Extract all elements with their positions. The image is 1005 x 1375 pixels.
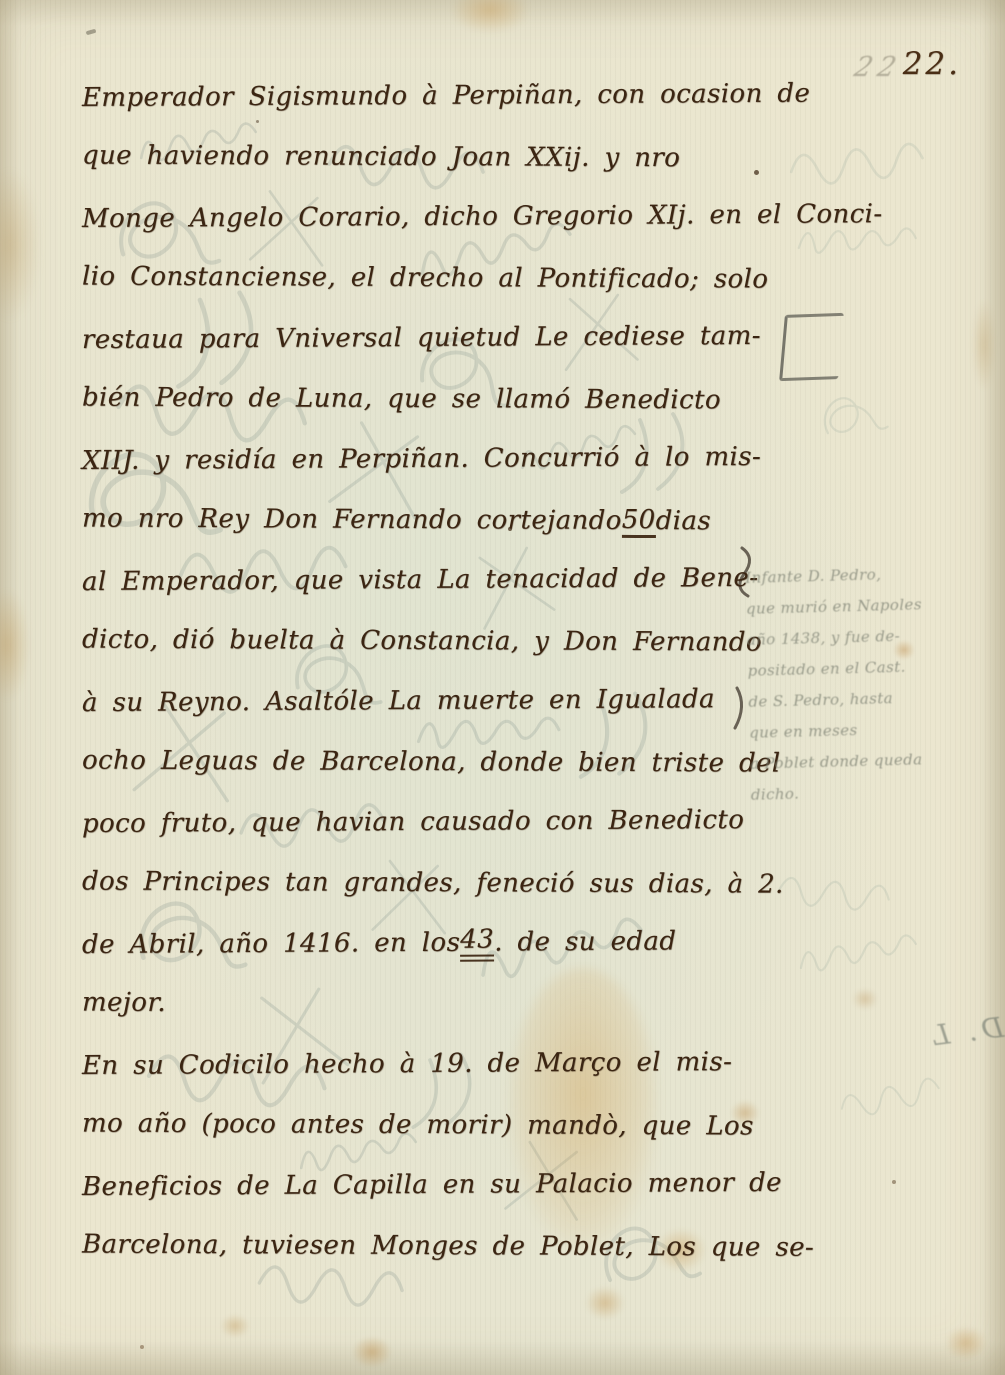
page-number-ghost: 22 bbox=[851, 52, 905, 83]
stain bbox=[972, 300, 996, 390]
stain bbox=[220, 1314, 250, 1338]
manuscript-line: mejor. bbox=[82, 972, 750, 1035]
manuscript-line: de Abril, año 1416. en los 43. de su eda… bbox=[82, 911, 750, 976]
stain bbox=[0, 590, 30, 700]
manuscript-line: XIIJ. y residía en Perpiñan. Concurrió à… bbox=[82, 427, 750, 492]
manuscript-line: dos Principes tan grandes, feneció sus d… bbox=[82, 851, 750, 914]
bleedthrough-text-bottom-right: D. L bbox=[882, 1011, 1005, 1058]
manuscript-line: mo año (poco antes de morir) mandò, que … bbox=[82, 1093, 750, 1156]
manuscript-line: Beneficios de La Capilla en su Palacio m… bbox=[82, 1153, 750, 1218]
stain bbox=[450, 0, 530, 34]
manuscript-line: Monge Angelo Corario, dicho Gregorio XIj… bbox=[82, 185, 750, 250]
ink-speck bbox=[140, 1345, 144, 1349]
margin-bracket-mark bbox=[779, 313, 844, 381]
ink-speck bbox=[892, 1180, 896, 1184]
manuscript-line: poco fruto, que havian causado con Bened… bbox=[82, 790, 750, 855]
manuscript-line: que haviendo renunciado Joan XXij. y nro bbox=[82, 125, 750, 188]
manuscript-line: à su Reyno. Asaltóle La muerte en Iguala… bbox=[82, 669, 750, 734]
manuscript-text-block: Emperador Sigismundo à Perpiñan, con oca… bbox=[82, 66, 750, 1276]
stain bbox=[852, 988, 878, 1010]
page-number: 22. bbox=[903, 46, 961, 82]
stain bbox=[945, 1326, 987, 1360]
ink-speck bbox=[86, 29, 97, 35]
manuscript-line: lio Constanciense, el drecho al Pontific… bbox=[82, 246, 750, 309]
manuscript-line: En su Codicilo hecho à 19. de Março el m… bbox=[82, 1032, 750, 1097]
ink-speck bbox=[754, 170, 759, 175]
manuscript-line: al Emperador, que vista La tenacidad de … bbox=[82, 548, 750, 613]
stain bbox=[585, 1286, 625, 1320]
manuscript-line: Barcelona, tuviesen Monges de Poblet, Lo… bbox=[82, 1214, 750, 1277]
manuscript-line: restaua para Vniversal quietud Le cedies… bbox=[82, 306, 750, 371]
margin-note: Infante D. Pedro,que murió en Napolesaño… bbox=[745, 557, 971, 811]
margin-note-line: dicho. bbox=[750, 774, 971, 811]
manuscript-line: dicto, dió buelta à Constancia, y Don Fe… bbox=[82, 609, 750, 672]
stain bbox=[0, 170, 40, 320]
stain bbox=[352, 1336, 392, 1368]
manuscript-line: bién Pedro de Luna, que se llamó Benedic… bbox=[82, 367, 750, 430]
manuscript-line: Emperador Sigismundo à Perpiñan, con oca… bbox=[82, 64, 750, 129]
manuscript-page: 22 22. Emperador Sigismundo à Perpiñan, … bbox=[0, 0, 1005, 1375]
manuscript-line: ocho Leguas de Barcelona, donde bien tri… bbox=[82, 730, 750, 793]
manuscript-line: mo nro Rey Don Fernando cortejando 50 di… bbox=[82, 488, 750, 551]
